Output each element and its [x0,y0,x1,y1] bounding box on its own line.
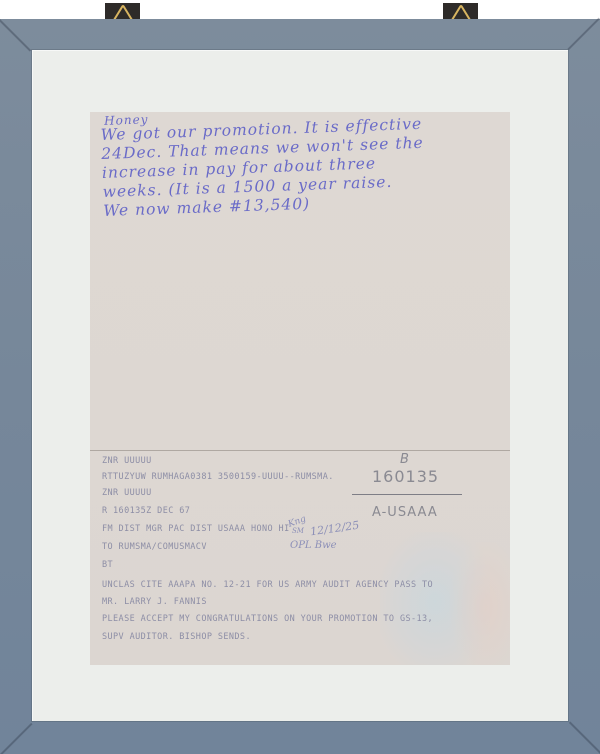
pencil-mark-b: B [400,452,409,467]
ink-date: 12/12/25 [309,519,360,539]
frame-corner-bottom-left [0,723,33,754]
picture-hanger-left [105,3,140,20]
telex-line: FM DIST MGR PAC DIST USAAA HONO HI [102,524,290,534]
telex-line: PLEASE ACCEPT MY CONGRATULATIONS ON YOUR… [102,614,433,624]
handwritten-note: Honey We got our promotion. It is effect… [100,112,508,221]
telex-line: ZNR UUUUU [102,488,152,498]
telex-line: BT [102,560,113,570]
discoloration [450,542,510,665]
telex-line: R 160135Z DEC 67 [102,506,190,516]
fold-line [90,450,510,451]
frame-corner-top-left [0,19,31,52]
ink-routing: OPL Bwe [290,540,337,551]
picture-frame: Honey We got our promotion. It is effect… [0,19,600,754]
picture-hanger-right [443,3,478,20]
wire-hook-icon [105,3,140,20]
pencil-reference-number: 160135 [372,467,439,486]
telex-line: MR. LARRY J. FANNIS [102,597,207,607]
ink-initials-sub: SM [292,527,304,535]
telex-line: RTTUZYUW RUMHAGA0381 3500159-UUUU--RUMSM… [102,472,334,482]
pencil-agency-code: A-USAAA [372,505,438,520]
telex-line: SUPV AUDITOR. BISHOP SENDS. [102,632,251,642]
mat-board: Honey We got our promotion. It is effect… [32,50,568,721]
telex-line: ZNR UUUUU [102,456,152,466]
wire-hook-icon [443,3,478,20]
telex-line: TO RUMSMA/COMUSMACV [102,542,207,552]
telex-line: UNCLAS CITE AAAPA NO. 12-21 FOR US ARMY … [102,580,433,590]
frame-corner-bottom-right [569,721,600,754]
document-paper: Honey We got our promotion. It is effect… [90,112,510,665]
frame-corner-top-right [567,18,600,51]
pencil-underline [352,494,462,495]
